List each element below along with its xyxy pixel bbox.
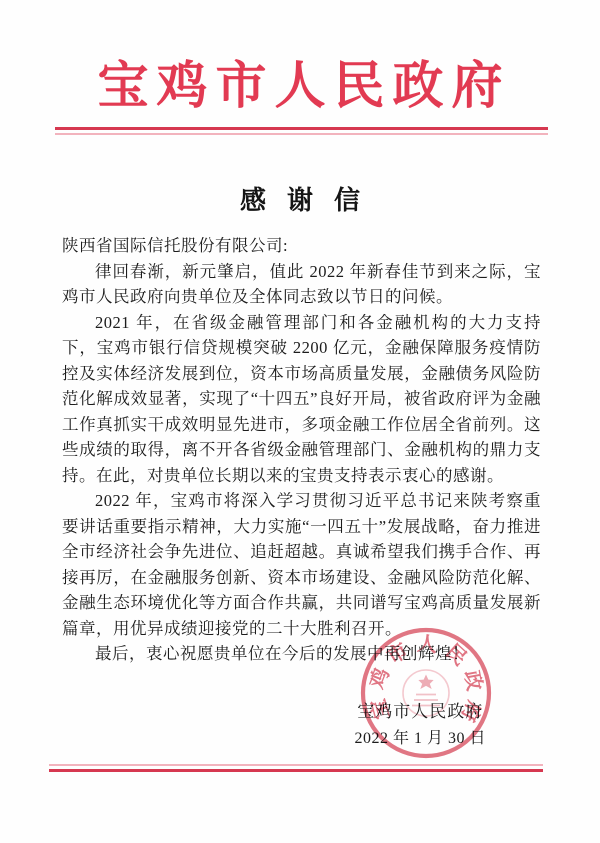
paragraph-2022-outlook: 2022 年，宝鸡市将深入学习贯彻习近平总书记来陕考察重要讲话重要指示精神，大力…	[62, 488, 541, 641]
letter-page: 宝鸡市人民政府 感谢信 陕西省国际信托股份有限公司: 律回春渐，新元肇启，值此 …	[0, 0, 600, 843]
star-icon	[418, 675, 433, 690]
header-rule-thick	[55, 127, 548, 130]
signature-name: 宝鸡市人民政府	[354, 701, 486, 722]
paragraph-closing-wish: 最后，衷心祝愿贵单位在今后的发展中再创辉煌！	[62, 641, 541, 667]
footer-rule-thick	[49, 769, 543, 772]
signature-date: 2022 年 1 月 30 日	[354, 729, 486, 749]
paragraph-greeting: 律回春渐，新元肇启，值此 2022 年新春佳节到来之际，宝鸡市人民政府向贵单位及…	[62, 259, 541, 310]
letterhead-title: 宝鸡市人民政府	[0, 58, 600, 117]
signature-block: 宝鸡市人民政府 2022 年 1 月 30 日	[354, 701, 486, 749]
paragraph-2021-achievements: 2021 年，在省级金融管理部门和各金融机构的大力支持下，宝鸡市银行信贷规模突破…	[62, 310, 541, 489]
footer-rule-thin	[49, 764, 543, 766]
salutation: 陕西省国际信托股份有限公司:	[62, 233, 541, 259]
letter-title: 感谢信	[0, 180, 600, 217]
letter-body: 陕西省国际信托股份有限公司: 律回春渐，新元肇启，值此 2022 年新春佳节到来…	[62, 233, 541, 667]
header-rule-thin	[55, 133, 548, 135]
